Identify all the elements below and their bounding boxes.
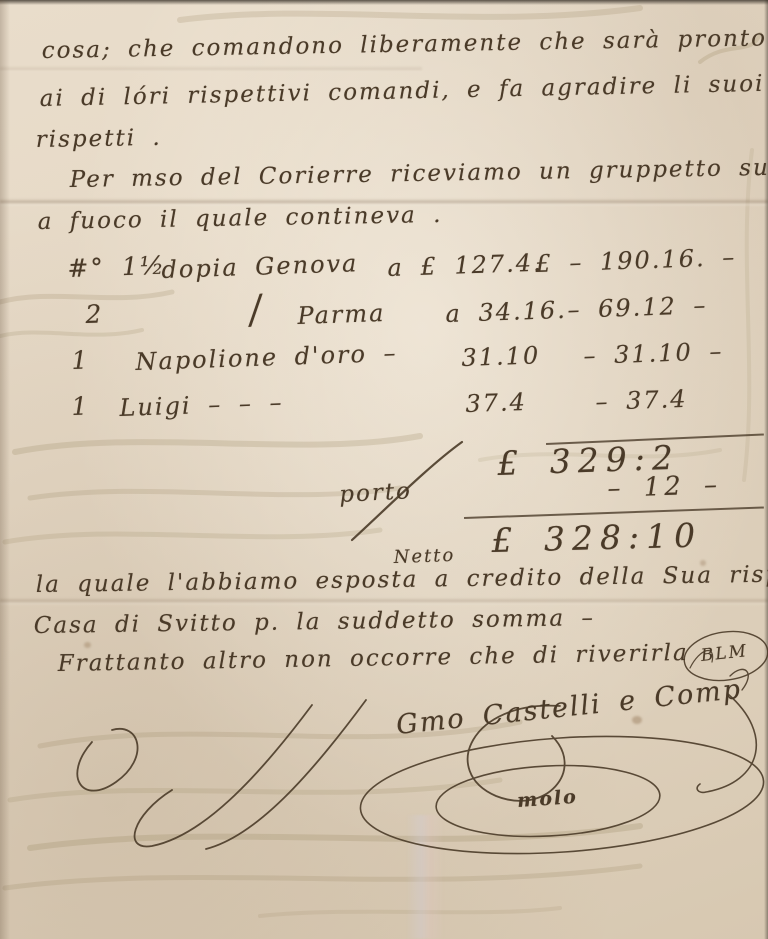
letter-page: cosa; che comandono liberamente che sarà… [0, 0, 768, 939]
signature-flourish [0, 0, 768, 939]
